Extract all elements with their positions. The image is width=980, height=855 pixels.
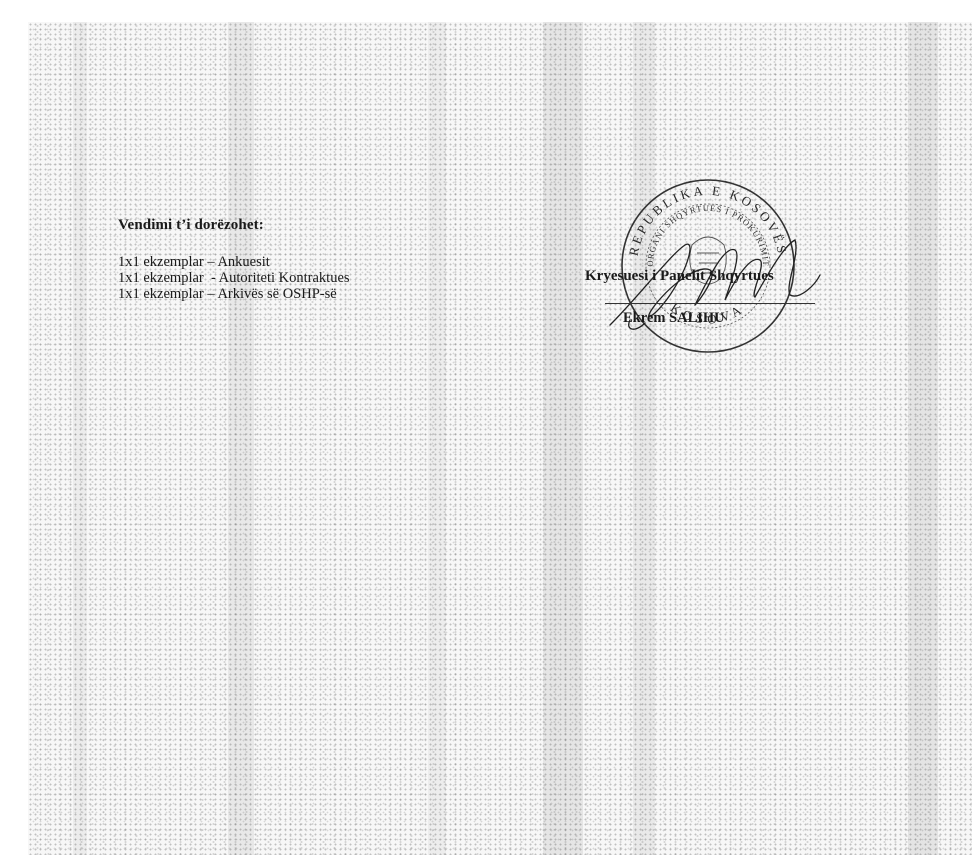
- recipients-heading: Vendimi t’i dorëzohet:: [118, 217, 350, 234]
- recipient-item: 1x1 ekzemplar – Ankuesit: [118, 254, 350, 270]
- recipient-item: 1x1 ekzemplar – Arkivës së OSHP-së: [118, 286, 350, 302]
- scan-streak: [543, 22, 583, 855]
- scan-streak: [428, 22, 446, 855]
- recipients-list: 1x1 ekzemplar – Ankuesit 1x1 ekzemplar -…: [118, 254, 350, 302]
- scanned-page: [28, 22, 972, 855]
- scan-streak: [908, 22, 938, 855]
- recipients-section: Vendimi t’i dorëzohet: 1x1 ekzemplar – A…: [118, 217, 350, 302]
- recipient-item: 1x1 ekzemplar - Autoriteti Kontraktues: [118, 270, 350, 286]
- scan-streak: [633, 22, 655, 855]
- signatory-title: Kryesuesi i Panelit Shqyrtues: [585, 268, 845, 285]
- scan-streak: [228, 22, 254, 855]
- signature-block: Kryesuesi i Panelit Shqyrtues Ekrem SALI…: [585, 268, 845, 285]
- signatory-name: Ekrem SALIHU: [623, 310, 725, 327]
- scan-streak: [73, 22, 87, 855]
- signature-line: [605, 303, 815, 304]
